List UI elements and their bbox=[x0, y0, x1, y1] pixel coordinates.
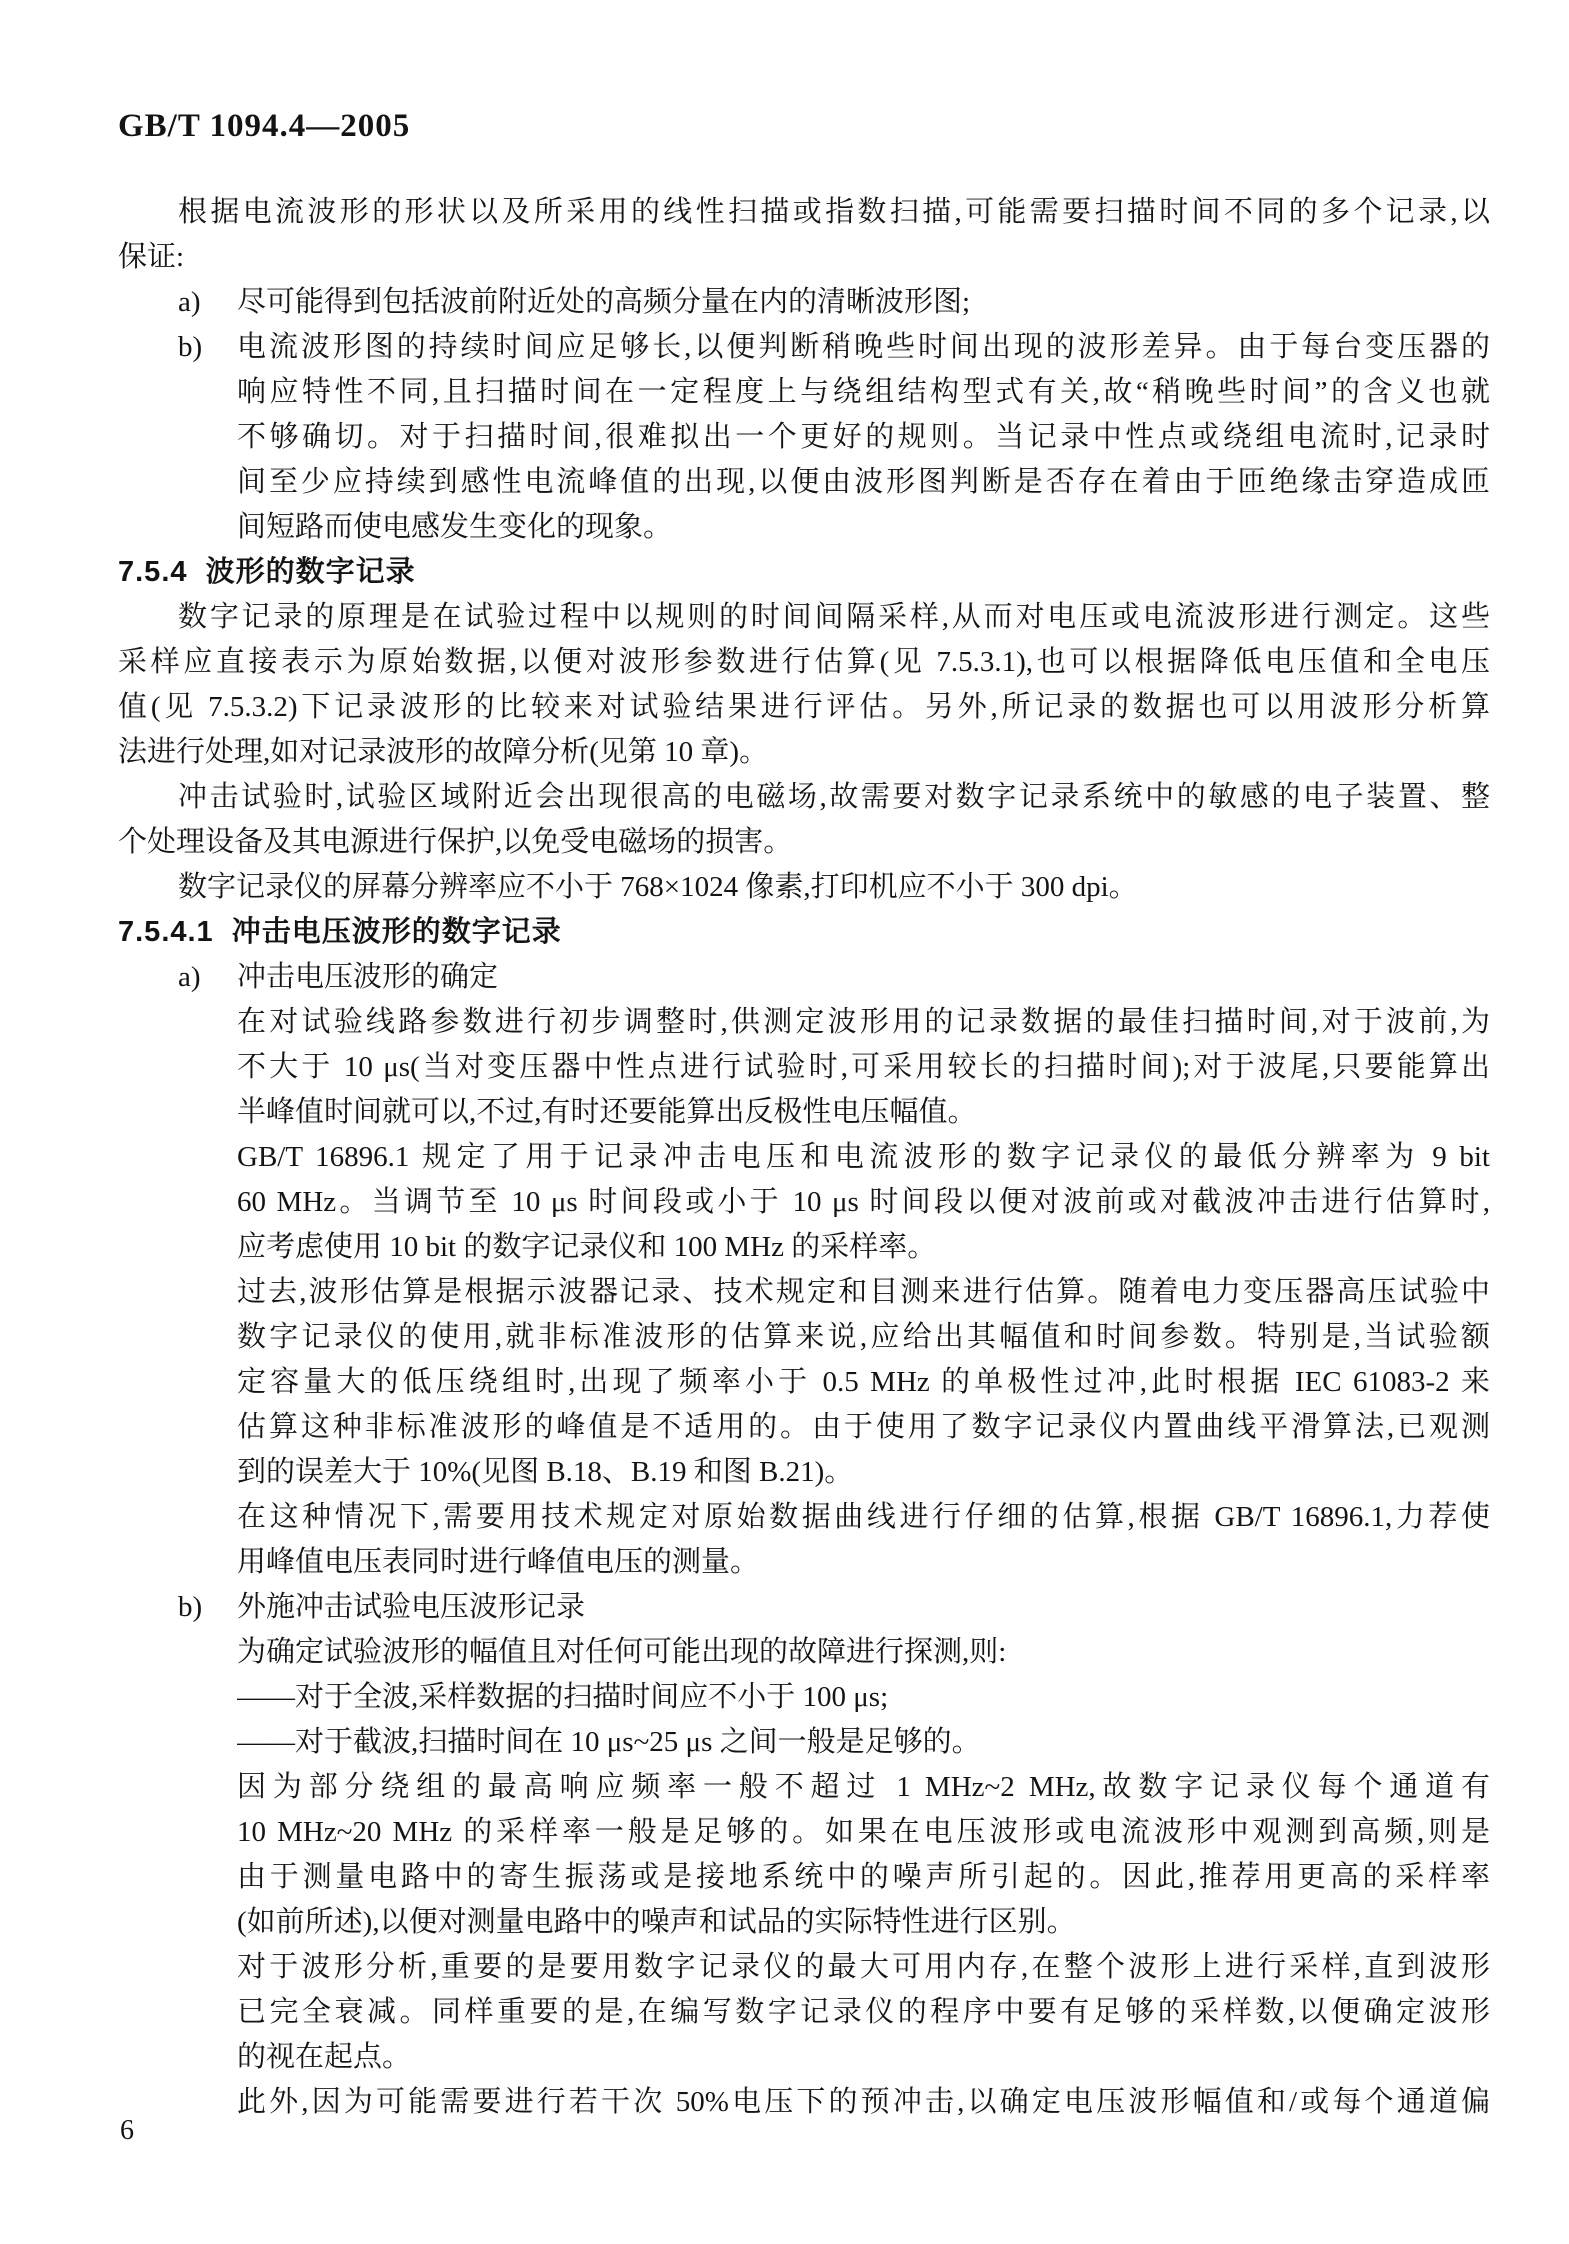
text-line: 间短路而使电感发生变化的现象。 bbox=[237, 505, 1490, 550]
text-line: 定容量大的低压绕组时,出现了频率小于 0.5 MHz 的单极性过冲,此时根据 I… bbox=[237, 1360, 1490, 1405]
text-line: 数字记录的原理是在试验过程中以规则的时间间隔采样,从而对电压或电流波形进行测定。… bbox=[118, 595, 1490, 640]
section-heading: 7.5.4.1 冲击电压波形的数字记录 bbox=[118, 910, 1490, 955]
text-line: 用峰值电压表同时进行峰值电压的测量。 bbox=[237, 1540, 1490, 1585]
list-item-label: b) bbox=[178, 325, 237, 370]
text-line: 60 MHz。当调节至 10 μs 时间段或小于 10 μs 时间段以便对波前或… bbox=[237, 1180, 1490, 1225]
text-line: 半峰值时间就可以,不过,有时还要能算出反极性电压幅值。 bbox=[237, 1090, 1490, 1135]
text-line: 法进行处理,如对记录波形的故障分析(见第 10 章)。 bbox=[118, 730, 1490, 775]
text-line: 过去,波形估算是根据示波器记录、技术规定和目测来进行估算。随着电力变压器高压试验… bbox=[237, 1270, 1490, 1315]
text-line: 此外,因为可能需要进行若干次 50%电压下的预冲击,以确定电压波形幅值和/或每个… bbox=[237, 2080, 1490, 2125]
text-line: 应考虑使用 10 bit 的数字记录仪和 100 MHz 的采样率。 bbox=[237, 1225, 1490, 1270]
list-item-text: 外施冲击试验电压波形记录 bbox=[237, 1585, 1490, 1630]
text-line: 保证: bbox=[118, 235, 1490, 280]
text-line: 的视在起点。 bbox=[237, 2035, 1490, 2080]
text-line: b)外施冲击试验电压波形记录 bbox=[118, 1585, 1490, 1630]
text-line: 10 MHz~20 MHz 的采样率一般是足够的。如果在电压波形或电流波形中观测… bbox=[237, 1810, 1490, 1855]
text-line: 数字记录仪的屏幕分辨率应不小于 768×1024 像素,打印机应不小于 300 … bbox=[118, 865, 1490, 910]
text-line: 值(见 7.5.3.2)下记录波形的比较来对试验结果进行评估。另外,所记录的数据… bbox=[118, 685, 1490, 730]
text-line: 间至少应持续到感性电流峰值的出现,以便由波形图判断是否存在着由于匝绝缘击穿造成匝 bbox=[237, 460, 1490, 505]
text-line: 为确定试验波形的幅值且对任何可能出现的故障进行探测,则: bbox=[237, 1630, 1490, 1675]
text-line: 采样应直接表示为原始数据,以便对波形参数进行估算(见 7.5.3.1),也可以根… bbox=[118, 640, 1490, 685]
text-line: (如前所述),以便对测量电路中的噪声和试品的实际特性进行区别。 bbox=[237, 1900, 1490, 1945]
list-item-label: b) bbox=[178, 1585, 237, 1630]
text-line: 冲击试验时,试验区域附近会出现很高的电磁场,故需要对数字记录系统中的敏感的电子装… bbox=[118, 775, 1490, 820]
page-number: 6 bbox=[120, 2108, 134, 2153]
text-line: 不够确切。对于扫描时间,很难拟出一个更好的规则。当记录中性点或绕组电流时,记录时 bbox=[237, 415, 1490, 460]
list-item-text: 冲击电压波形的确定 bbox=[237, 955, 1490, 1000]
text-line: 数字记录仪的使用,就非标准波形的估算来说,应给出其幅值和时间参数。特别是,当试验… bbox=[237, 1315, 1490, 1360]
document-page: GB/T 1094.4—2005 根据电流波形的形状以及所采用的线性扫描或指数扫… bbox=[0, 0, 1569, 2244]
section-heading: 7.5.4 波形的数字记录 bbox=[118, 550, 1490, 595]
text-line: 对于波形分析,重要的是要用数字记录仪的最大可用内存,在整个波形上进行采样,直到波… bbox=[237, 1945, 1490, 1990]
text-line: 到的误差大于 10%(见图 B.18、B.19 和图 B.21)。 bbox=[237, 1450, 1490, 1495]
text-line: GB/T 16896.1 规定了用于记录冲击电压和电流波形的数字记录仪的最低分辨… bbox=[237, 1135, 1490, 1180]
list-item-label: a) bbox=[178, 955, 237, 1000]
text-line: 个处理设备及其电源进行保护,以免受电磁场的损害。 bbox=[118, 820, 1490, 865]
text-line: 由于测量电路中的寄生振荡或是接地系统中的噪声所引起的。因此,推荐用更高的采样率 bbox=[237, 1855, 1490, 1900]
text-line: ——对于截波,扫描时间在 10 μs~25 μs 之间一般是足够的。 bbox=[237, 1720, 1490, 1765]
text-line: 在这种情况下,需要用技术规定对原始数据曲线进行仔细的估算,根据 GB/T 168… bbox=[237, 1495, 1490, 1540]
document-content: 根据电流波形的形状以及所采用的线性扫描或指数扫描,可能需要扫描时间不同的多个记录… bbox=[118, 190, 1490, 2125]
standard-number: GB/T 1094.4—2005 bbox=[118, 108, 410, 145]
text-line: 因为部分绕组的最高响应频率一般不超过 1 MHz~2 MHz,故数字记录仪每个通… bbox=[237, 1765, 1490, 1810]
text-line: 已完全衰减。同样重要的是,在编写数字记录仪的程序中要有足够的采样数,以便确定波形 bbox=[237, 1990, 1490, 2035]
text-line: 响应特性不同,且扫描时间在一定程度上与绕组结构型式有关,故“稍晚些时间”的含义也… bbox=[237, 370, 1490, 415]
text-line: a)尽可能得到包括波前附近处的高频分量在内的清晰波形图; bbox=[118, 280, 1490, 325]
list-item-text: 尽可能得到包括波前附近处的高频分量在内的清晰波形图; bbox=[237, 280, 1490, 325]
text-line: a)冲击电压波形的确定 bbox=[118, 955, 1490, 1000]
text-line: 估算这种非标准波形的峰值是不适用的。由于使用了数字记录仪内置曲线平滑算法,已观测 bbox=[237, 1405, 1490, 1450]
list-item-label: a) bbox=[178, 280, 237, 325]
text-line: ——对于全波,采样数据的扫描时间应不小于 100 μs; bbox=[237, 1675, 1490, 1720]
text-line: b)电流波形图的持续时间应足够长,以便判断稍晚些时间出现的波形差异。由于每台变压… bbox=[118, 325, 1490, 370]
text-line: 在对试验线路参数进行初步调整时,供测定波形用的记录数据的最佳扫描时间,对于波前,… bbox=[237, 1000, 1490, 1045]
text-line: 不大于 10 μs(当对变压器中性点进行试验时,可采用较长的扫描时间);对于波尾… bbox=[237, 1045, 1490, 1090]
list-item-text: 电流波形图的持续时间应足够长,以便判断稍晚些时间出现的波形差异。由于每台变压器的 bbox=[237, 325, 1490, 370]
text-line: 根据电流波形的形状以及所采用的线性扫描或指数扫描,可能需要扫描时间不同的多个记录… bbox=[118, 190, 1490, 235]
